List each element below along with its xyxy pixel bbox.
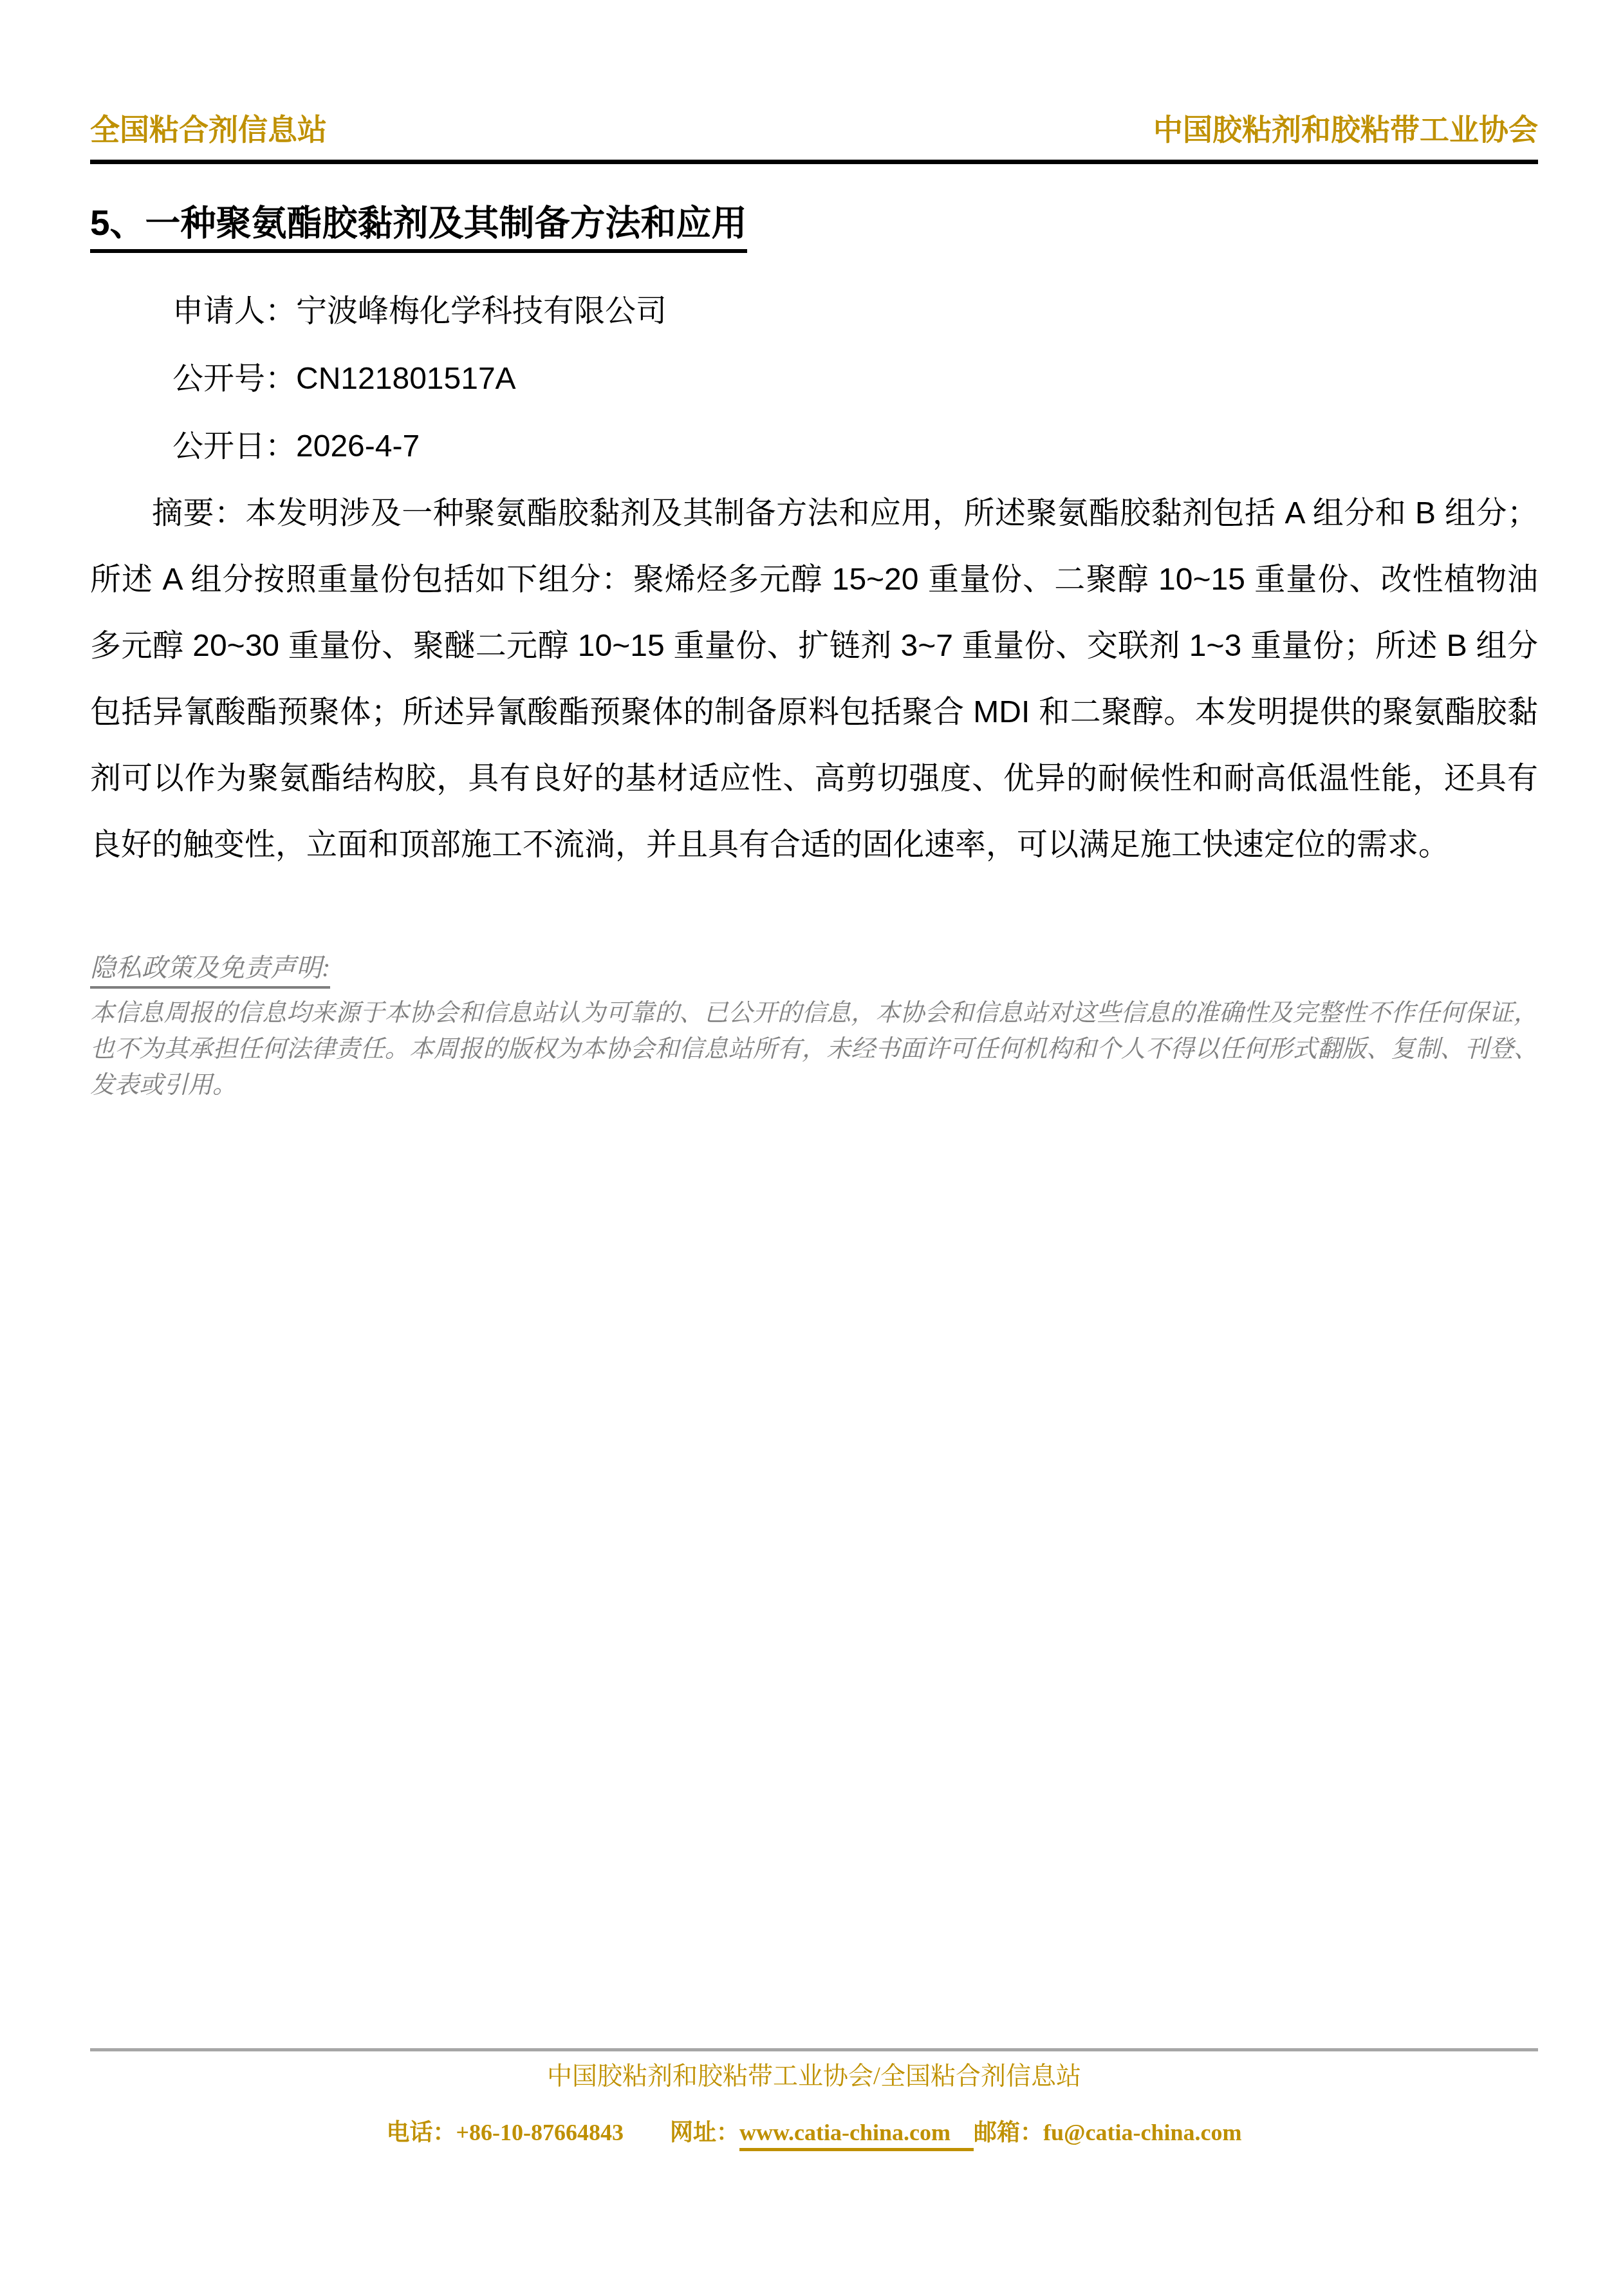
footer-web: 网址：www.catia-china.com [670,2120,974,2145]
page-header: 全国粘合剂信息站 中国胶粘剂和胶粘带工业协会 [90,0,1538,164]
page-content: 全国粘合剂信息站 中国胶粘剂和胶粘带工业协会 5、一种聚氨酯胶黏剂及其制备方法和… [90,0,1538,1103]
disclaimer-body: 本信息周报的信息均来源于本协会和信息站认为可靠的、已公开的信息，本协会和信息站对… [90,995,1538,1103]
publication-date-label: 公开日： [172,429,296,463]
applicant-label: 申请人： [172,294,296,328]
publication-date-row: 公开日：2026-4-7 [172,413,1538,480]
publication-number-label: 公开号： [172,362,296,396]
footer-web-label: 网址： [670,2120,739,2145]
footer-phone-label: 电话： [387,2120,456,2145]
footer-email-address: fu@catia-china.com [1043,2120,1241,2145]
article-meta: 申请人：宁波峰梅化学科技有限公司 公开号：CN121801517A 公开日：20… [90,277,1538,480]
article-title: 5、一种聚氨酯胶黏剂及其制备方法和应用 [90,201,1538,253]
abstract-text: 本发明涉及一种聚氨酯胶黏剂及其制备方法和应用，所述聚氨酯胶黏剂包括 A 组分和 … [90,496,1538,862]
disclaimer-section: 隐私政策及免责声明: 本信息周报的信息均来源于本协会和信息站认为可靠的、已公开的… [90,953,1538,1103]
footer-org-line: 中国胶粘剂和胶粘带工业协会/全国粘合剂信息站 [90,2062,1538,2092]
applicant-value: 宁波峰梅化学科技有限公司 [296,294,667,328]
footer-web-link[interactable]: www.catia-china.com [739,2119,974,2151]
footer-web-url[interactable]: www.catia-china.com [739,2120,951,2145]
footer-phone-number: +86-10-87664843 [456,2120,624,2145]
header-right-org: 中国胶粘剂和胶粘带工业协会 [1153,111,1538,149]
abstract-label: 摘要： [152,496,246,530]
document-page: 全国粘合剂信息站 中国胶粘剂和胶粘带工业协会 5、一种聚氨酯胶黏剂及其制备方法和… [0,0,1623,2296]
footer-contact-line: 电话：+86-10-87664843网址：www.catia-china.com… [90,2119,1538,2151]
publication-date-value: 2026-4-7 [296,429,420,463]
disclaimer-title: 隐私政策及免责声明: [90,953,330,989]
page-footer: 中国胶粘剂和胶粘带工业协会/全国粘合剂信息站 电话：+86-10-8766484… [90,2048,1538,2151]
footer-phone: 电话：+86-10-87664843 [387,2120,624,2145]
abstract-paragraph: 摘要：本发明涉及一种聚氨酯胶黏剂及其制备方法和应用，所述聚氨酯胶黏剂包括 A 组… [90,480,1538,878]
article-title-text: 5、一种聚氨酯胶黏剂及其制备方法和应用 [90,201,747,253]
applicant-row: 申请人：宁波峰梅化学科技有限公司 [172,277,1538,345]
publication-number-value: CN121801517A [296,362,516,396]
header-left-org: 全国粘合剂信息站 [90,111,327,149]
footer-email-label: 邮箱： [974,2120,1043,2145]
footer-email: 邮箱：fu@catia-china.com [974,2120,1241,2145]
publication-number-row: 公开号：CN121801517A [172,345,1538,413]
